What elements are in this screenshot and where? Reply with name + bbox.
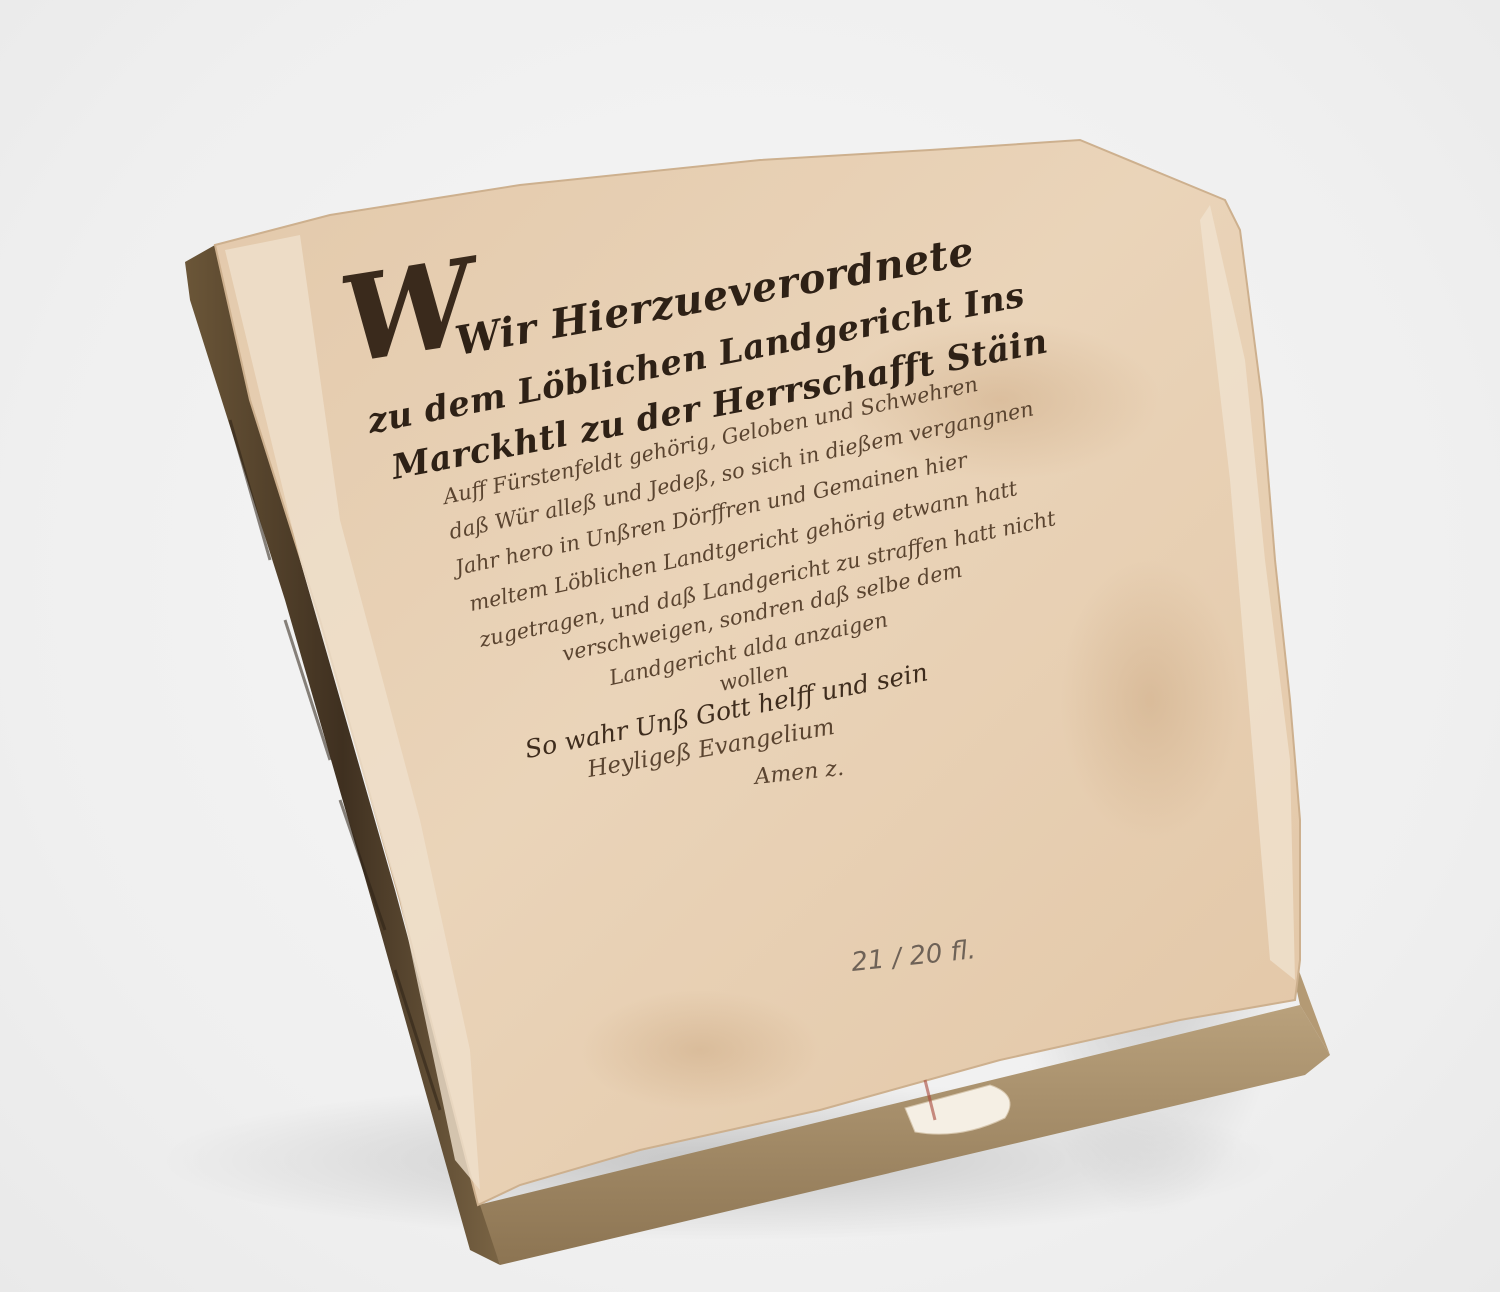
book-shape-graphic	[0, 0, 1500, 1292]
manuscript-book	[0, 0, 1500, 1292]
photo-scene: W Wir Hierzueverordnete zu dem Löblichen…	[0, 0, 1500, 1292]
